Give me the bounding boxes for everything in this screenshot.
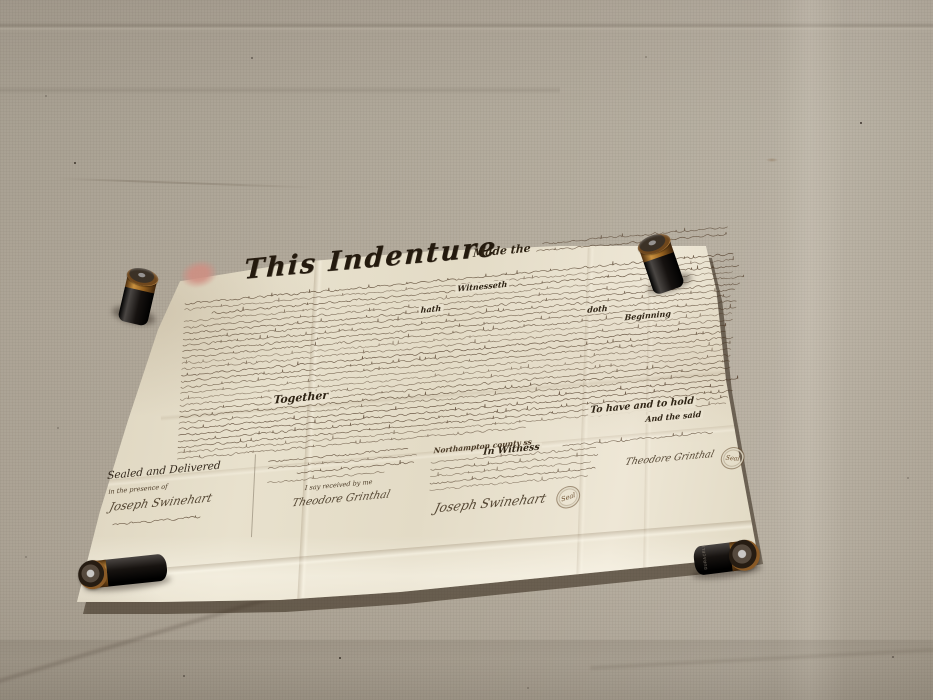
acknowledgment-seal-stamp: Seal [554, 483, 582, 512]
fabric-fold-bottom [0, 640, 933, 700]
acknowledgment-signature: Joseph Swinehart [433, 490, 548, 516]
seal-stamp-label: Seal [725, 454, 741, 463]
fabric-crease-upper-left [0, 86, 560, 94]
grantor-signature: Theodore Grinthal [624, 449, 715, 468]
fabric-fold-right [775, 0, 845, 700]
execution-divider-rule [251, 454, 256, 537]
deed-title-continuation: Made the [471, 242, 533, 260]
photo-scene: This Indenture Made the Witnesseth hath … [0, 0, 933, 700]
duracell-battery-bottom-right: DURACELL [690, 537, 762, 578]
seal-stamp-label: Seal [560, 491, 575, 503]
